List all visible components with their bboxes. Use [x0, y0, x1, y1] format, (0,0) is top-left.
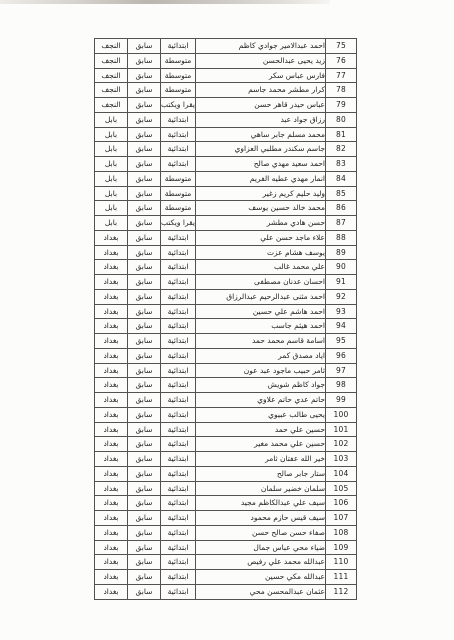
education-cell: ابتدائية — [161, 466, 196, 481]
education-cell: ابتدائية — [161, 127, 196, 142]
name-cell: احمد هيثم جاسب — [196, 319, 326, 334]
status-cell: سابق — [128, 407, 161, 422]
status-cell: سابق — [128, 466, 161, 481]
name-cell: سيف علي عبدالكاظم مجيد — [196, 496, 326, 511]
status-cell: سابق — [128, 363, 161, 378]
education-cell: ابتدائية — [161, 496, 196, 511]
row-number-cell: 88 — [326, 230, 357, 245]
name-cell: خير الله عفتان ثامر — [196, 452, 326, 467]
education-cell: متوسطة — [161, 171, 196, 186]
row-number-cell: 111 — [326, 570, 357, 585]
row-number-cell: 79 — [326, 98, 357, 113]
name-cell: علاء ماجد حسن علي — [196, 230, 326, 245]
name-cell: فارس عباس سكر — [196, 68, 326, 83]
city-cell: النجف — [95, 68, 128, 83]
table-row: 94 احمد هيثم جاسب ابتدائية سابق بغداد — [95, 319, 357, 334]
status-cell: سابق — [128, 275, 161, 290]
table-row: 107 سيف قيس حازم محمود ابتدائية سابق بغد… — [95, 511, 357, 526]
education-cell: ابتدائية — [161, 348, 196, 363]
status-cell: سابق — [128, 201, 161, 216]
status-cell: سابق — [128, 260, 161, 275]
education-cell: ابتدائية — [161, 555, 196, 570]
table-row: 96 اياد مصدق كمر ابتدائية سابق بغداد — [95, 348, 357, 363]
table-row: 89 يوسف هشام عزت ابتدائية سابق بغداد — [95, 245, 357, 260]
status-cell: سابق — [128, 39, 161, 54]
city-cell: بغداد — [95, 525, 128, 540]
education-cell: ابتدائية — [161, 260, 196, 275]
row-number-cell: 84 — [326, 171, 357, 186]
city-cell: بغداد — [95, 407, 128, 422]
education-cell: ابتدائية — [161, 245, 196, 260]
name-cell: رزاق جواد عبد — [196, 112, 326, 127]
education-cell: ابتدائية — [161, 540, 196, 555]
row-number-cell: 90 — [326, 260, 357, 275]
status-cell: سابق — [128, 540, 161, 555]
education-cell: متوسطة — [161, 201, 196, 216]
status-cell: سابق — [128, 319, 161, 334]
name-cell: محمد خالد حسين يوسف — [196, 201, 326, 216]
status-cell: سابق — [128, 98, 161, 113]
status-cell: سابق — [128, 584, 161, 599]
city-cell: النجف — [95, 53, 128, 68]
row-number-cell: 89 — [326, 245, 357, 260]
name-cell: حسين علي محمد مغير — [196, 437, 326, 452]
city-cell: بغداد — [95, 275, 128, 290]
scanned-document-page: 75 احمد عبدالامير جوادي كاظم ابتدائية سا… — [0, 0, 454, 640]
city-cell: بغداد — [95, 319, 128, 334]
status-cell: سابق — [128, 142, 161, 157]
table-row: 80 رزاق جواد عبد ابتدائية سابق بابل — [95, 112, 357, 127]
city-cell: بابل — [95, 171, 128, 186]
education-cell: متوسطة — [161, 83, 196, 98]
row-number-cell: 96 — [326, 348, 357, 363]
city-cell: بغداد — [95, 570, 128, 585]
name-cell: عبدالله مكي حسين — [196, 570, 326, 585]
table-row: 81 محمد مسلم جابر ساهي ابتدائية سابق باب… — [95, 127, 357, 142]
city-cell: بابل — [95, 142, 128, 157]
row-number-cell: 104 — [326, 466, 357, 481]
table-row: 105 سلمان خضير سلمان ابتدائية سابق بغداد — [95, 481, 357, 496]
name-cell: ضياء محي عباس جمال — [196, 540, 326, 555]
education-cell: ابتدائية — [161, 481, 196, 496]
education-cell: متوسطة — [161, 186, 196, 201]
city-cell: بغداد — [95, 437, 128, 452]
education-cell: ابتدائية — [161, 157, 196, 172]
status-cell: سابق — [128, 481, 161, 496]
status-cell: سابق — [128, 230, 161, 245]
row-number-cell: 98 — [326, 378, 357, 393]
city-cell: النجف — [95, 98, 128, 113]
row-number-cell: 108 — [326, 525, 357, 540]
status-cell: سابق — [128, 511, 161, 526]
row-number-cell: 94 — [326, 319, 357, 334]
row-number-cell: 91 — [326, 275, 357, 290]
row-number-cell: 83 — [326, 157, 357, 172]
table-row: 109 ضياء محي عباس جمال ابتدائية سابق بغد… — [95, 540, 357, 555]
city-cell: بغداد — [95, 393, 128, 408]
table-row: 102 حسين علي محمد مغير ابتدائية سابق بغد… — [95, 437, 357, 452]
table-row: 111 عبدالله مكي حسين ابتدائية سابق بغداد — [95, 570, 357, 585]
table-row: 86 محمد خالد حسين يوسف متوسطة سابق بابل — [95, 201, 357, 216]
status-cell: سابق — [128, 334, 161, 349]
education-cell: ابتدائية — [161, 407, 196, 422]
row-number-cell: 102 — [326, 437, 357, 452]
name-cell: سيف قيس حازم محمود — [196, 511, 326, 526]
personnel-roster-table: 75 احمد عبدالامير جوادي كاظم ابتدائية سا… — [94, 38, 357, 600]
city-cell: بغداد — [95, 481, 128, 496]
education-cell: ابتدائية — [161, 422, 196, 437]
status-cell: سابق — [128, 304, 161, 319]
row-number-cell: 76 — [326, 53, 357, 68]
city-cell: بابل — [95, 112, 128, 127]
status-cell: سابق — [128, 452, 161, 467]
status-cell: سابق — [128, 422, 161, 437]
status-cell: سابق — [128, 348, 161, 363]
table-row: 100 يحيى طالب عبيوي ابتدائية سابق بغداد — [95, 407, 357, 422]
row-number-cell: 106 — [326, 496, 357, 511]
table-row: 95 اسامة قاسم محمد حمد ابتدائية سابق بغد… — [95, 334, 357, 349]
name-cell: احمد عبدالامير جوادي كاظم — [196, 39, 326, 54]
row-number-cell: 97 — [326, 363, 357, 378]
table-row: 85 وليد حليم كريم زغير متوسطة سابق بابل — [95, 186, 357, 201]
row-number-cell: 80 — [326, 112, 357, 127]
city-cell: بغداد — [95, 304, 128, 319]
table-body: 75 احمد عبدالامير جوادي كاظم ابتدائية سا… — [95, 39, 357, 600]
city-cell: بغداد — [95, 540, 128, 555]
name-cell: ثامر حبيب ماجود عبد عون — [196, 363, 326, 378]
row-number-cell: 85 — [326, 186, 357, 201]
table-row: 91 احسان عدنان مصطفى ابتدائية سابق بغداد — [95, 275, 357, 290]
name-cell: احمد سعيد مهدي صالح — [196, 157, 326, 172]
name-cell: عبدالله محمد علي رفيص — [196, 555, 326, 570]
row-number-cell: 112 — [326, 584, 357, 599]
name-cell: حاتم عدي حاتم علاوي — [196, 393, 326, 408]
education-cell: متوسطة — [161, 53, 196, 68]
table-row: 87 حسن هادي مطشر يقرا ويكتب سابق بابل — [95, 216, 357, 231]
education-cell: ابتدائية — [161, 275, 196, 290]
name-cell: اياد مصدق كمر — [196, 348, 326, 363]
table-row: 78 كرار مطشر محمد جاسم متوسطة سابق النجف — [95, 83, 357, 98]
status-cell: سابق — [128, 53, 161, 68]
city-cell: بغداد — [95, 452, 128, 467]
education-cell: ابتدائية — [161, 570, 196, 585]
name-cell: حسين علي حمد — [196, 422, 326, 437]
table-row: 93 احمد هاشم علي حسين ابتدائية سابق بغدا… — [95, 304, 357, 319]
education-cell: ابتدائية — [161, 511, 196, 526]
name-cell: احمد هاشم علي حسين — [196, 304, 326, 319]
row-number-cell: 78 — [326, 83, 357, 98]
city-cell: بابل — [95, 186, 128, 201]
status-cell: سابق — [128, 245, 161, 260]
scan-edge-artifact — [0, 0, 330, 4]
status-cell: سابق — [128, 68, 161, 83]
education-cell: ابتدائية — [161, 393, 196, 408]
row-number-cell: 110 — [326, 555, 357, 570]
name-cell: حسن هادي مطشر — [196, 216, 326, 231]
education-cell: ابتدائية — [161, 319, 196, 334]
status-cell: سابق — [128, 186, 161, 201]
name-cell: جواد كاظم شويش — [196, 378, 326, 393]
education-cell: ابتدائية — [161, 334, 196, 349]
city-cell: بابل — [95, 127, 128, 142]
status-cell: سابق — [128, 496, 161, 511]
table-row: 97 ثامر حبيب ماجود عبد عون ابتدائية سابق… — [95, 363, 357, 378]
name-cell: يوسف هشام عزت — [196, 245, 326, 260]
city-cell: بغداد — [95, 378, 128, 393]
table-row: 75 احمد عبدالامير جوادي كاظم ابتدائية سا… — [95, 39, 357, 54]
education-cell: ابتدائية — [161, 584, 196, 599]
table-row: 79 عباس حيدر قاهر حسن يقرا ويكتب سابق ال… — [95, 98, 357, 113]
table-row: 90 علي محمد غالب ابتدائية سابق بغداد — [95, 260, 357, 275]
table-row: 82 جاسم سكندر مطلبي العزاوي ابتدائية ساب… — [95, 142, 357, 157]
table-row: 99 حاتم عدي حاتم علاوي ابتدائية سابق بغد… — [95, 393, 357, 408]
education-cell: يقرا ويكتب — [161, 98, 196, 113]
city-cell: بابل — [95, 201, 128, 216]
status-cell: سابق — [128, 83, 161, 98]
city-cell: بغداد — [95, 466, 128, 481]
education-cell: ابتدائية — [161, 39, 196, 54]
city-cell: بغداد — [95, 289, 128, 304]
city-cell: بغداد — [95, 348, 128, 363]
row-number-cell: 109 — [326, 540, 357, 555]
city-cell: النجف — [95, 83, 128, 98]
education-cell: ابتدائية — [161, 112, 196, 127]
education-cell: ابتدائية — [161, 437, 196, 452]
name-cell: اسامة قاسم محمد حمد — [196, 334, 326, 349]
name-cell: عباس حيدر قاهر حسن — [196, 98, 326, 113]
status-cell: سابق — [128, 437, 161, 452]
city-cell: بغداد — [95, 584, 128, 599]
row-number-cell: 95 — [326, 334, 357, 349]
table-row: 76 زيد يحيى عبدالحسن متوسطة سابق النجف — [95, 53, 357, 68]
name-cell: يحيى طالب عبيوي — [196, 407, 326, 422]
table-row: 106 سيف علي عبدالكاظم مجيد ابتدائية سابق… — [95, 496, 357, 511]
status-cell: سابق — [128, 171, 161, 186]
name-cell: احمد مثنى عبدالرحيم عبدالرزاق — [196, 289, 326, 304]
name-cell: علي محمد غالب — [196, 260, 326, 275]
row-number-cell: 75 — [326, 39, 357, 54]
city-cell: بابل — [95, 216, 128, 231]
education-cell: ابتدائية — [161, 378, 196, 393]
city-cell: بغداد — [95, 555, 128, 570]
row-number-cell: 87 — [326, 216, 357, 231]
status-cell: سابق — [128, 525, 161, 540]
table-row: 77 فارس عباس سكر متوسطة سابق النجف — [95, 68, 357, 83]
row-number-cell: 86 — [326, 201, 357, 216]
education-cell: متوسطة — [161, 68, 196, 83]
row-number-cell: 100 — [326, 407, 357, 422]
row-number-cell: 81 — [326, 127, 357, 142]
status-cell: سابق — [128, 157, 161, 172]
name-cell: زيد يحيى عبدالحسن — [196, 53, 326, 68]
status-cell: سابق — [128, 289, 161, 304]
table-row: 104 ستار جابر صالح ابتدائية سابق بغداد — [95, 466, 357, 481]
table-row: 92 احمد مثنى عبدالرحيم عبدالرزاق ابتدائي… — [95, 289, 357, 304]
status-cell: سابق — [128, 216, 161, 231]
name-cell: جاسم سكندر مطلبي العزاوي — [196, 142, 326, 157]
row-number-cell: 82 — [326, 142, 357, 157]
status-cell: سابق — [128, 570, 161, 585]
name-cell: ستار جابر صالح — [196, 466, 326, 481]
education-cell: ابتدائية — [161, 289, 196, 304]
status-cell: سابق — [128, 127, 161, 142]
row-number-cell: 107 — [326, 511, 357, 526]
name-cell: عثمان عبدالمحسن محي — [196, 584, 326, 599]
city-cell: بغداد — [95, 511, 128, 526]
name-cell: سلمان خضير سلمان — [196, 481, 326, 496]
row-number-cell: 105 — [326, 481, 357, 496]
table-row: 110 عبدالله محمد علي رفيص ابتدائية سابق … — [95, 555, 357, 570]
status-cell: سابق — [128, 378, 161, 393]
education-cell: ابتدائية — [161, 230, 196, 245]
name-cell: انمار مهدي عطيه الفريم — [196, 171, 326, 186]
row-number-cell: 77 — [326, 68, 357, 83]
row-number-cell: 92 — [326, 289, 357, 304]
city-cell: بغداد — [95, 422, 128, 437]
city-cell: بغداد — [95, 260, 128, 275]
education-cell: ابتدائية — [161, 363, 196, 378]
table-row: 112 عثمان عبدالمحسن محي ابتدائية سابق بغ… — [95, 584, 357, 599]
status-cell: سابق — [128, 112, 161, 127]
city-cell: النجف — [95, 39, 128, 54]
table-row: 101 حسين علي حمد ابتدائية سابق بغداد — [95, 422, 357, 437]
row-number-cell: 99 — [326, 393, 357, 408]
table-row: 103 خير الله عفتان ثامر ابتدائية سابق بغ… — [95, 452, 357, 467]
name-cell: وليد حليم كريم زغير — [196, 186, 326, 201]
name-cell: كرار مطشر محمد جاسم — [196, 83, 326, 98]
education-cell: ابتدائية — [161, 525, 196, 540]
table-row: 88 علاء ماجد حسن علي ابتدائية سابق بغداد — [95, 230, 357, 245]
education-cell: ابتدائية — [161, 452, 196, 467]
table-row: 98 جواد كاظم شويش ابتدائية سابق بغداد — [95, 378, 357, 393]
row-number-cell: 101 — [326, 422, 357, 437]
table-row: 84 انمار مهدي عطيه الفريم متوسطة سابق با… — [95, 171, 357, 186]
city-cell: بغداد — [95, 230, 128, 245]
education-cell: ابتدائية — [161, 142, 196, 157]
city-cell: بابل — [95, 157, 128, 172]
status-cell: سابق — [128, 555, 161, 570]
row-number-cell: 103 — [326, 452, 357, 467]
row-number-cell: 93 — [326, 304, 357, 319]
education-cell: يقرا ويكتب — [161, 216, 196, 231]
education-cell: ابتدائية — [161, 304, 196, 319]
city-cell: بغداد — [95, 363, 128, 378]
city-cell: بغداد — [95, 496, 128, 511]
table-row: 108 صفاء حسن صالح حسن ابتدائية سابق بغدا… — [95, 525, 357, 540]
name-cell: صفاء حسن صالح حسن — [196, 525, 326, 540]
city-cell: بغداد — [95, 245, 128, 260]
name-cell: احسان عدنان مصطفى — [196, 275, 326, 290]
table-row: 83 احمد سعيد مهدي صالح ابتدائية سابق باب… — [95, 157, 357, 172]
city-cell: بغداد — [95, 334, 128, 349]
status-cell: سابق — [128, 393, 161, 408]
name-cell: محمد مسلم جابر ساهي — [196, 127, 326, 142]
